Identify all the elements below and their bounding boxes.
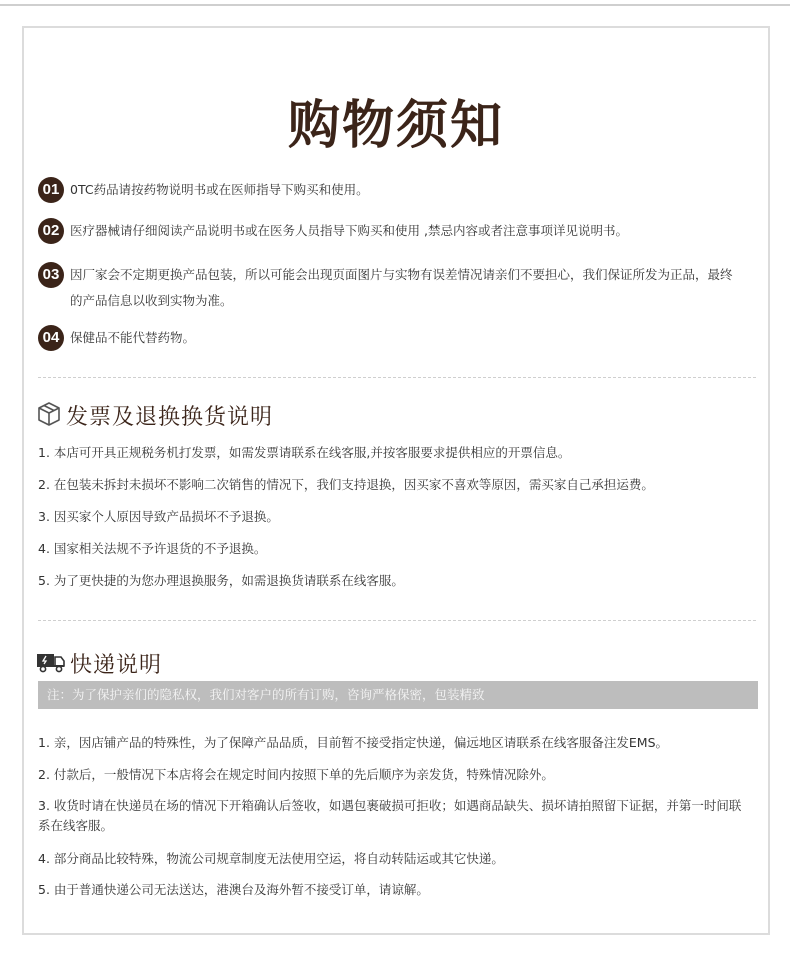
shopping-notice-card: 购物须知 01 0TC药品请按药物说明书或在医师指导下购买和使用。 02 医疗器…	[22, 26, 770, 935]
top-rule	[0, 4, 790, 6]
number-badge: 01	[38, 177, 64, 203]
number-badge: 02	[38, 218, 64, 244]
invoice-list-item: 2. 在包装未拆封未损坏不影响二次销售的情况下，我们支持退换，因买家不喜欢等原因…	[38, 475, 758, 495]
invoice-list-item: 5. 为了更快捷的为您办理退换服务，如需退换货请联系在线客服。	[38, 571, 758, 591]
shipping-list-item: 2. 付款后，一般情况下本店将会在规定时间内按照下单的先后顺序为亲发货，特殊情况…	[38, 765, 758, 785]
notice-item: 04 保健品不能代替药物。	[38, 325, 730, 351]
number-badge: 04	[38, 325, 64, 351]
shipping-list-item: 3. 收货时请在快递员在场的情况下开箱确认后签收，如遇包裹破损可拒收；如遇商品缺…	[38, 796, 753, 836]
dashed-divider	[38, 620, 756, 621]
delivery-truck-icon	[36, 651, 66, 677]
notice-item: 02 医疗器械请仔细阅读产品说明书或在医务人员指导下购买和使用 ,禁忌内容或者注…	[38, 218, 730, 244]
number-badge: 03	[38, 262, 64, 288]
notice-item: 03 因厂家会不定期更换产品包装，所以可能会出现页面图片与实物有误差情况请亲们不…	[38, 262, 740, 314]
page-title: 购物须知	[24, 96, 768, 156]
invoice-list-item: 4. 国家相关法规不予许退货的不予退换。	[38, 539, 758, 559]
invoice-list-item: 3. 因买家个人原因导致产品损坏不予退换。	[38, 507, 758, 527]
package-box-icon	[36, 401, 62, 431]
notice-text: 0TC药品请按药物说明书或在医师指导下购买和使用。	[70, 177, 730, 203]
invoice-list-item: 1. 本店可开具正规税务机打发票，如需发票请联系在线客服,并按客服要求提供相应的…	[38, 443, 758, 463]
privacy-note-band: 注：为了保护亲们的隐私权，我们对客户的所有订购，咨询严格保密，包装精致	[38, 681, 758, 709]
shipping-list-item: 5. 由于普通快递公司无法送达，港澳台及海外暂不接受订单，请谅解。	[38, 880, 758, 900]
notice-text: 因厂家会不定期更换产品包装，所以可能会出现页面图片与实物有误差情况请亲们不要担心…	[70, 262, 740, 314]
shipping-section-header: 快递说明	[36, 648, 162, 679]
section-title: 快递说明	[70, 648, 162, 679]
shipping-list-item: 4. 部分商品比较特殊，物流公司规章制度无法使用空运，将自动转陆运或其它快递。	[38, 849, 758, 869]
notice-text: 医疗器械请仔细阅读产品说明书或在医务人员指导下购买和使用 ,禁忌内容或者注意事项…	[70, 218, 730, 244]
dashed-divider	[38, 377, 756, 378]
notice-text: 保健品不能代替药物。	[70, 325, 730, 351]
section-title: 发票及退换换货说明	[66, 400, 273, 431]
invoice-section-header: 发票及退换换货说明	[36, 400, 273, 431]
notice-item: 01 0TC药品请按药物说明书或在医师指导下购买和使用。	[38, 177, 730, 203]
shipping-list-item: 1. 亲，因店铺产品的特殊性，为了保障产品品质，目前暂不接受指定快递，偏远地区请…	[38, 733, 758, 753]
